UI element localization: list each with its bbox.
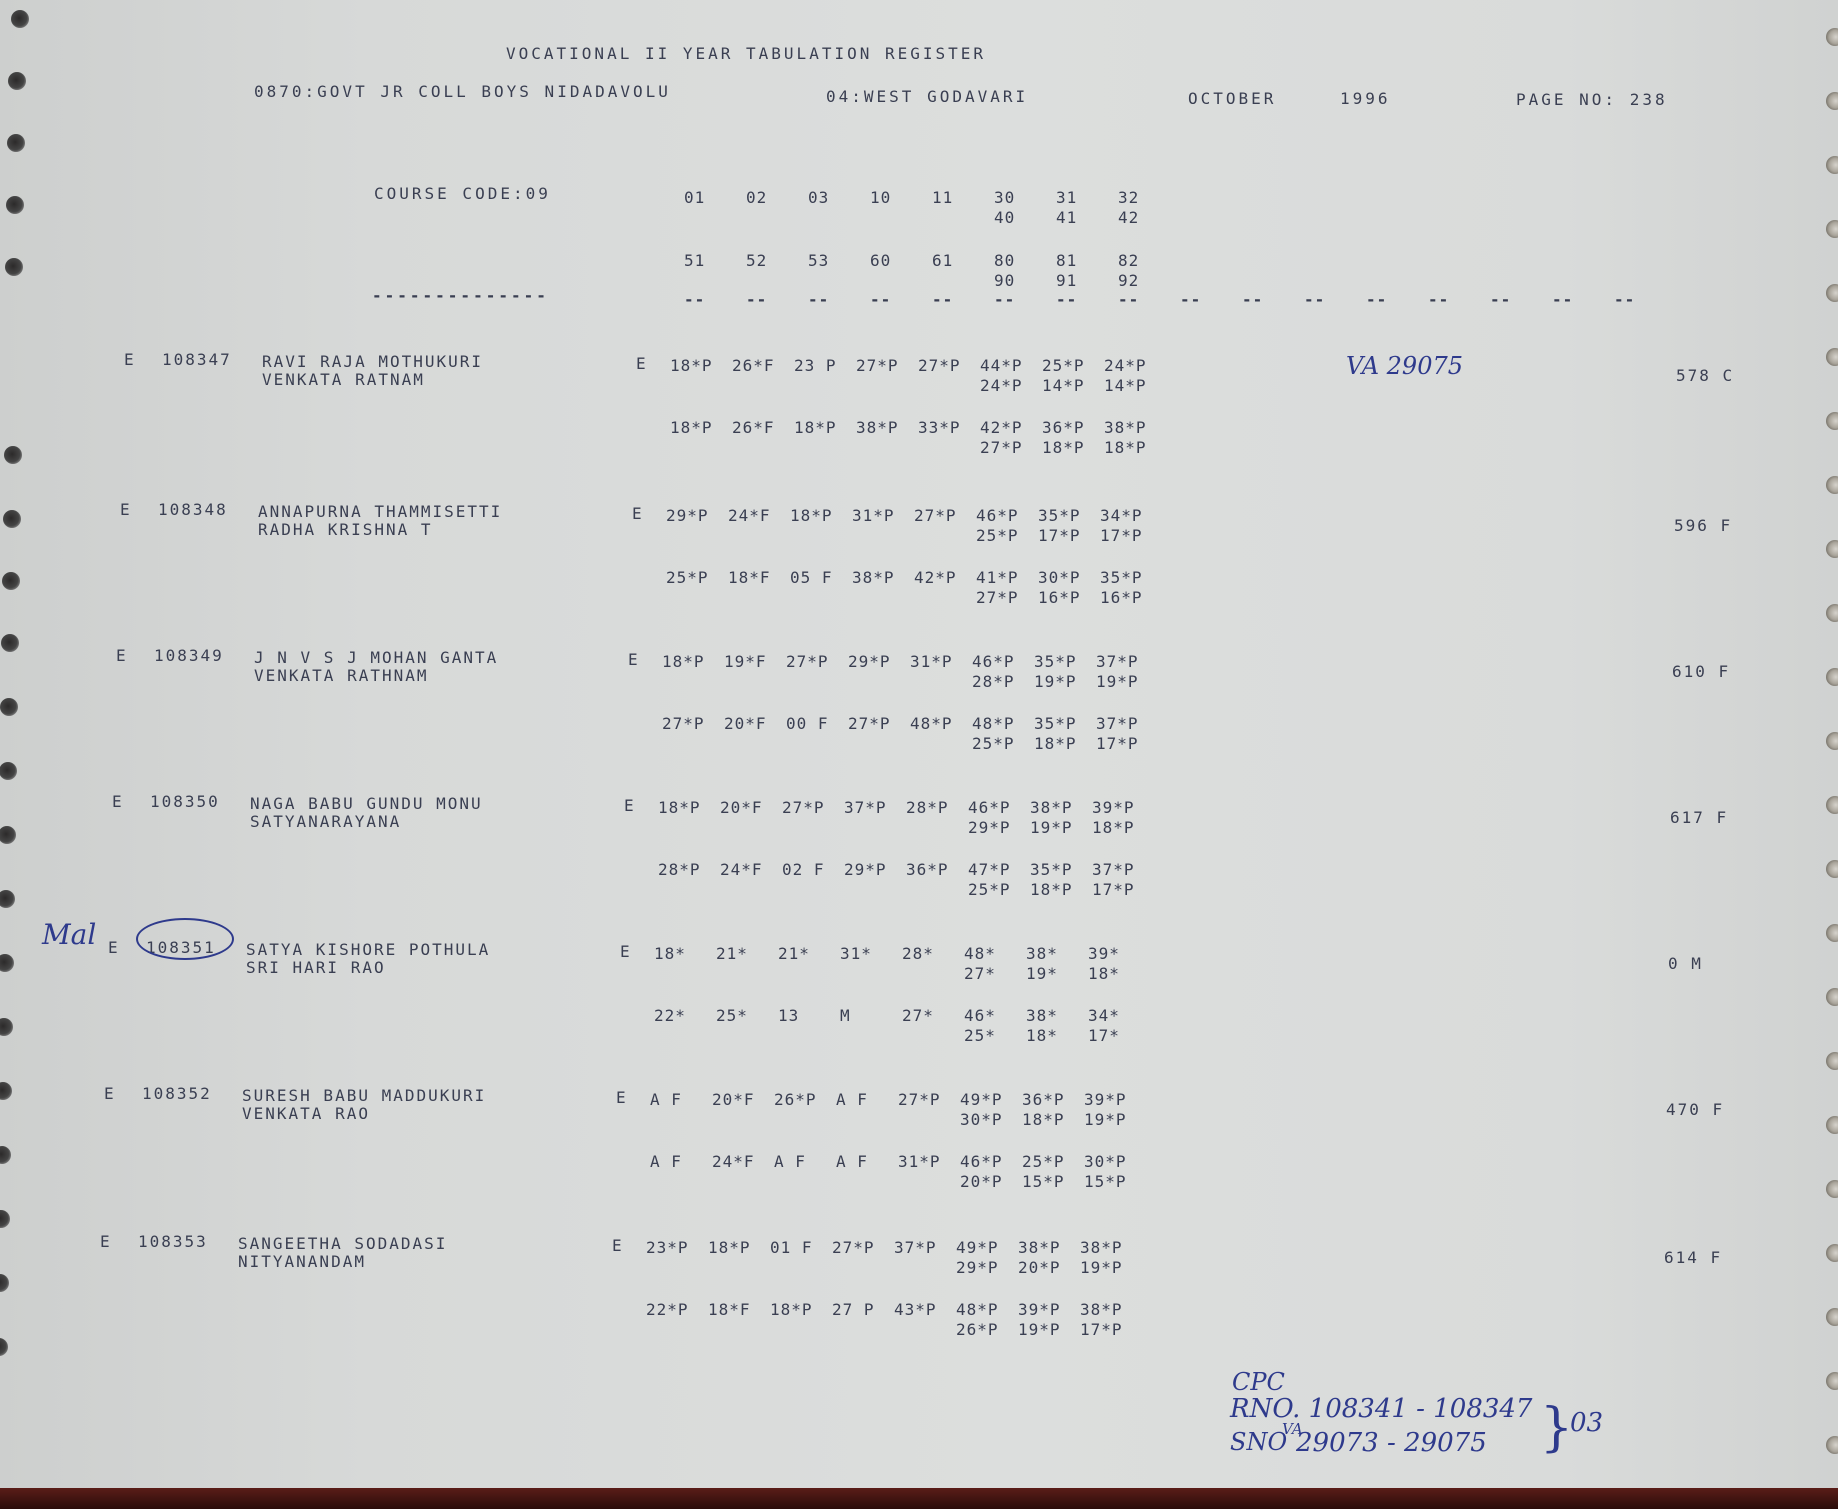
subject-code: 82	[1118, 251, 1180, 271]
mark-cell: 24*F	[712, 1152, 774, 1172]
mark-cell: 29*P	[844, 860, 906, 880]
mark-cell: 48*P	[972, 714, 1034, 734]
course-separator: --------------	[372, 286, 549, 305]
mark-cell: 25*P	[666, 568, 728, 588]
footer-note-line1: CPC	[1232, 1368, 1285, 1396]
sprocket-hole-icon	[1826, 1308, 1838, 1326]
mark-cell: A F	[836, 1152, 898, 1172]
student-name: NAGA BABU GUNDU MONU	[250, 794, 483, 814]
mark-cell: 43*P	[894, 1300, 956, 1320]
mark-cell: 21*	[778, 944, 840, 964]
table-surface	[0, 1488, 1838, 1509]
mark-cell: 19*P	[1096, 672, 1158, 692]
mark-cell: 00 F	[786, 714, 848, 734]
marks-row: 24*P14*P14*P	[980, 376, 1166, 396]
mark-cell: 24*F	[728, 506, 790, 526]
course-code: COURSE CODE:09	[374, 184, 551, 204]
father-name: SRI HARI RAO	[246, 958, 386, 978]
marks-row: 18*P26*F23 P27*P27*P44*P25*P24*P	[670, 356, 1166, 376]
father-name: RADHA KRISHNA T	[258, 520, 433, 540]
mark-cell: 46*P	[972, 652, 1034, 672]
mark-cell: 30*P	[960, 1110, 1022, 1130]
subject-code: 51	[684, 251, 746, 271]
handwritten-serial-note: VA 29075	[1346, 352, 1463, 380]
marks-row: 29*P19*P18*P	[968, 818, 1154, 838]
exam-type: E	[108, 938, 120, 958]
mark-cell: 14*P	[1104, 376, 1166, 396]
mark-cell: 24*P	[1104, 356, 1166, 376]
subject-code: 30	[994, 188, 1056, 208]
exam-year: 1996	[1340, 89, 1391, 109]
mark-cell: 25*	[964, 1026, 1026, 1046]
mark-cell: 39*P	[1018, 1300, 1080, 1320]
mark-cell: 20*F	[712, 1090, 774, 1110]
subject-codes-row-1: 01 02 03 10 11 30 31 32	[684, 188, 1180, 208]
mark-cell: 48*P	[956, 1300, 1018, 1320]
total-and-result: 596 F	[1674, 516, 1732, 536]
marks-row: A F20*F26*PA F27*P49*P36*P39*P	[650, 1090, 1146, 1110]
mark-cell: 41*P	[976, 568, 1038, 588]
sprocket-hole-icon	[7, 134, 25, 152]
footer-note-line3-prefix: SNO	[1230, 1428, 1287, 1456]
mark-cell: 34*P	[1100, 506, 1162, 526]
subject-code: 80	[994, 251, 1056, 271]
mark-cell: 38*P	[1080, 1300, 1142, 1320]
mark-cell: 42*P	[914, 568, 976, 588]
mark-cell: 18*P	[1104, 438, 1166, 458]
mark-cell: 31*	[840, 944, 902, 964]
mark-cell: 38*P	[1104, 418, 1166, 438]
subject-code: 01	[684, 188, 746, 208]
tabulation-register-sheet: VOCATIONAL II YEAR TABULATION REGISTER 0…	[0, 0, 1838, 1490]
sprocket-hole-icon	[1826, 860, 1838, 878]
roll-number: 108347	[162, 350, 232, 370]
sprocket-hole-icon	[1826, 1372, 1838, 1390]
mark-cell: 25*P	[976, 526, 1038, 546]
marks-row: 22*P18*F18*P27 P43*P48*P39*P38*P	[646, 1300, 1142, 1320]
mark-cell: 25*P	[972, 734, 1034, 754]
marks-row: 20*P15*P15*P	[960, 1172, 1146, 1192]
mark-cell: 05 F	[790, 568, 852, 588]
mark-cell: 17*P	[1080, 1320, 1142, 1340]
sprocket-hole-icon	[0, 1210, 10, 1228]
subject-code: 11	[932, 188, 994, 208]
mark-cell: 18*F	[728, 568, 790, 588]
brace-icon: }	[1540, 1398, 1573, 1458]
mark-cell: 36*P	[1042, 418, 1104, 438]
mark-cell: 17*P	[1092, 880, 1154, 900]
subject-code: 40	[994, 208, 1056, 228]
mark-cell: 18*	[1088, 964, 1150, 984]
mark-cell: 39*P	[1092, 798, 1154, 818]
mark-cell: 26*F	[732, 356, 794, 376]
mark-cell: 22*P	[646, 1300, 708, 1320]
subject-code: 61	[932, 251, 994, 271]
sprocket-hole-icon	[0, 1338, 8, 1356]
father-name: VENKATA RATNAM	[262, 370, 425, 390]
mark-cell: 46*P	[968, 798, 1030, 818]
sprocket-hole-icon	[11, 10, 29, 28]
district-name: 04:WEST GODAVARI	[826, 87, 1028, 107]
mark-cell: 35*P	[1100, 568, 1162, 588]
sprocket-hole-icon	[0, 1018, 13, 1036]
sprocket-hole-icon	[1826, 1244, 1838, 1262]
marks-row: 27*19*18*	[964, 964, 1150, 984]
roll-number-circle-mark	[136, 918, 234, 960]
mark-cell: 15*P	[1022, 1172, 1084, 1192]
mark-cell: 37*P	[1092, 860, 1154, 880]
mark-cell: 37*P	[1096, 714, 1158, 734]
footer-note-brace-value: 03	[1570, 1408, 1603, 1438]
subject-code: 81	[1056, 251, 1118, 271]
marks-row: 18*P20*F27*P37*P28*P46*P38*P39*P	[658, 798, 1154, 818]
column-dash: --	[746, 290, 808, 310]
mark-cell: 25*P	[1022, 1152, 1084, 1172]
mark-cell: 18*P	[670, 418, 732, 438]
column-dash: --	[1304, 290, 1366, 310]
mark-cell: 18*P	[708, 1238, 770, 1258]
mark-cell: 46*	[964, 1006, 1026, 1026]
roll-number: 108348	[158, 500, 228, 520]
mark-cell: 30*P	[1038, 568, 1100, 588]
student-name: RAVI RAJA MOTHUKURI	[262, 352, 483, 372]
total-and-result: 470 F	[1666, 1100, 1724, 1120]
mark-cell: 27*P	[848, 714, 910, 734]
father-name: SATYANARAYANA	[250, 812, 401, 832]
mark-cell: 18*P	[1034, 734, 1096, 754]
mark-cell: 35*P	[1034, 714, 1096, 734]
marks-row: A F24*FA FA F31*P46*P25*P30*P	[650, 1152, 1146, 1172]
marks-row: 29*P24*F18*P31*P27*P46*P35*P34*P	[666, 506, 1162, 526]
mark-cell: 37*P	[894, 1238, 956, 1258]
roll-number: 108349	[154, 646, 224, 666]
mark-cell: 28*	[902, 944, 964, 964]
sprocket-hole-icon	[1826, 284, 1838, 302]
mark-cell: 36*P	[906, 860, 968, 880]
mark-cell: 17*P	[1100, 526, 1162, 546]
mark-cell: 27*P	[898, 1090, 960, 1110]
roll-number: 108353	[138, 1232, 208, 1252]
sprocket-hole-icon	[1826, 1116, 1838, 1134]
mark-cell: 18*P	[658, 798, 720, 818]
marks-row: 26*P19*P17*P	[956, 1320, 1142, 1340]
mark-cell: 30*P	[1084, 1152, 1146, 1172]
sprocket-hole-icon	[1826, 1052, 1838, 1070]
mark-cell: 18*P	[1042, 438, 1104, 458]
column-dash: --	[932, 290, 994, 310]
marks-row: 18*P26*F18*P38*P33*P42*P36*P38*P	[670, 418, 1166, 438]
mark-cell: 18*P	[770, 1300, 832, 1320]
mark-cell: 27*P	[832, 1238, 894, 1258]
mark-cell: 01 F	[770, 1238, 832, 1258]
column-dash: --	[994, 290, 1056, 310]
subject-code: 31	[1056, 188, 1118, 208]
mark-cell: 20*F	[724, 714, 786, 734]
father-name: VENKATA RAO	[242, 1104, 370, 1124]
sprocket-hole-icon	[3, 510, 21, 528]
mark-cell: 25*P	[1042, 356, 1104, 376]
mark-cell: 18*	[1026, 1026, 1088, 1046]
mark-cell: 46*P	[976, 506, 1038, 526]
column-dash: --	[1366, 290, 1428, 310]
student-name: SURESH BABU MADDUKURI	[242, 1086, 486, 1106]
mark-cell: 18*P	[1022, 1110, 1084, 1130]
mark-cell: 26*P	[956, 1320, 1018, 1340]
mark-cell: 33*P	[918, 418, 980, 438]
mark-cell: 27*	[902, 1006, 964, 1026]
mark-cell: 48*P	[910, 714, 972, 734]
mark-cell: 37*P	[1096, 652, 1158, 672]
mark-cell: 19*P	[1034, 672, 1096, 692]
marks-row: 27*P18*P18*P	[980, 438, 1166, 458]
mark-cell: 48*	[964, 944, 1026, 964]
mark-cell: 18*F	[708, 1300, 770, 1320]
sprocket-hole-icon	[0, 826, 16, 844]
subject-codes-row-1b: 40 41 42	[994, 208, 1180, 228]
sprocket-hole-icon	[0, 1082, 12, 1100]
student-name: ANNAPURNA THAMMISETTI	[258, 502, 502, 522]
subject-codes-row-2: 51 52 53 60 61 80 81 82	[684, 251, 1180, 271]
mark-cell: 49*P	[956, 1238, 1018, 1258]
mark-cell: 16*P	[1038, 588, 1100, 608]
mark-cell: 17*	[1088, 1026, 1150, 1046]
mark-cell: 21*	[716, 944, 778, 964]
sprocket-hole-icon	[1, 634, 19, 652]
mark-cell: A F	[836, 1090, 898, 1110]
marks-row: 18*P19*F27*P29*P31*P46*P35*P37*P	[662, 652, 1158, 672]
mark-cell: 39*	[1088, 944, 1150, 964]
mark-cell: 42*P	[980, 418, 1042, 438]
marks-row: 25*P18*F05 F38*P42*P41*P30*P35*P	[666, 568, 1162, 588]
college-name: 0870:GOVT JR COLL BOYS NIDADAVOLU	[254, 82, 671, 102]
column-dash: --	[870, 290, 932, 310]
mark-cell: 25*	[716, 1006, 778, 1026]
mark-cell: 31*P	[898, 1152, 960, 1172]
sprocket-hole-icon	[1826, 156, 1838, 174]
mark-cell: 13	[778, 1006, 840, 1026]
sprocket-hole-icon	[0, 1146, 11, 1164]
sprocket-hole-icon	[0, 890, 15, 908]
mark-cell: 20*P	[1018, 1258, 1080, 1278]
sprocket-hole-icon	[5, 258, 23, 276]
marks-row: 27*P20*F00 F27*P48*P48*P35*P37*P	[662, 714, 1158, 734]
exam-month: OCTOBER	[1188, 89, 1276, 109]
subject-code: 02	[746, 188, 808, 208]
marks-row: 27*P16*P16*P	[976, 588, 1162, 608]
mark-cell: 02 F	[782, 860, 844, 880]
exam-type: E	[120, 500, 132, 520]
mark-cell: 14*P	[1042, 376, 1104, 396]
sprocket-hole-icon	[0, 698, 18, 716]
mark-cell: 29*P	[666, 506, 728, 526]
mark-cell: 19*	[1026, 964, 1088, 984]
mark-cell: 18*P	[1092, 818, 1154, 838]
mark-cell: 49*P	[960, 1090, 1022, 1110]
mark-cell: 27*P	[976, 588, 1038, 608]
student-name: J N V S J MOHAN GANTA	[254, 648, 498, 668]
mark-cell: 25*P	[968, 880, 1030, 900]
mark-cell: 38*P	[856, 418, 918, 438]
mark-cell: 28*P	[658, 860, 720, 880]
sprocket-hole-icon	[1826, 412, 1838, 430]
mark-cell: 24*P	[980, 376, 1042, 396]
mark-cell: A F	[650, 1090, 712, 1110]
subject-code: 03	[808, 188, 870, 208]
mark-cell: 16*P	[1100, 588, 1162, 608]
mark-cell: 19*P	[1084, 1110, 1146, 1130]
subject-code: 90	[994, 271, 1056, 291]
mark-cell: 29*P	[956, 1258, 1018, 1278]
mark-cell: 18*P	[670, 356, 732, 376]
sprocket-hole-icon	[1826, 1180, 1838, 1198]
sprocket-hole-icon	[4, 446, 22, 464]
mark-cell: 23 P	[794, 356, 856, 376]
column-dash: --	[1056, 290, 1118, 310]
total-and-result: 610 F	[1672, 662, 1730, 682]
marks-row: 18*21*21*31*28*48*38*39*	[654, 944, 1150, 964]
mark-cell: A F	[774, 1152, 836, 1172]
column-dash: --	[1490, 290, 1552, 310]
column-dash: --	[1180, 290, 1242, 310]
column-dash: --	[1242, 290, 1304, 310]
total-and-result: 0 M	[1668, 954, 1703, 974]
mark-cell: 38*P	[1030, 798, 1092, 818]
subject-codes-row-2b: 90 91 92	[994, 271, 1180, 291]
mark-cell: 20*P	[960, 1172, 1022, 1192]
mark-cell: 15*P	[1084, 1172, 1146, 1192]
mark-cell: 22*	[654, 1006, 716, 1026]
marks-row: 25*18*17*	[964, 1026, 1150, 1046]
column-dash: --	[808, 290, 870, 310]
marks-row: 28*P24*F02 F29*P36*P47*P35*P37*P	[658, 860, 1154, 880]
mark-cell: 31*P	[852, 506, 914, 526]
mark-cell: 38*P	[1018, 1238, 1080, 1258]
sprocket-hole-icon	[1826, 92, 1838, 110]
father-name: VENKATA RATHNAM	[254, 666, 429, 686]
marks-row: 29*P20*P19*P	[956, 1258, 1142, 1278]
mark-cell: 18*P	[1030, 880, 1092, 900]
column-dash: --	[1428, 290, 1490, 310]
mark-cell: 27*	[964, 964, 1026, 984]
mark-cell: 44*P	[980, 356, 1042, 376]
marks-row: 25*P17*P17*P	[976, 526, 1162, 546]
exam-type: E	[116, 646, 128, 666]
subject-code: 53	[808, 251, 870, 271]
marks-row: 25*P18*P17*P	[968, 880, 1154, 900]
sprocket-hole-icon	[0, 762, 17, 780]
footer-note-line2: RNO. 108341 - 108347	[1230, 1394, 1532, 1424]
sprocket-hole-icon	[0, 1274, 9, 1292]
sprocket-hole-icon	[2, 572, 20, 590]
mark-cell: 27*P	[782, 798, 844, 818]
mark-cell: 46*P	[960, 1152, 1022, 1172]
sprocket-hole-icon	[1826, 28, 1838, 46]
mark-cell: 39*P	[1084, 1090, 1146, 1110]
sprocket-hole-icon	[1826, 732, 1838, 750]
subject-code: 52	[746, 251, 808, 271]
mark-cell: 18*P	[662, 652, 724, 672]
sprocket-hole-icon	[0, 954, 14, 972]
subject-code: 10	[870, 188, 932, 208]
mark-cell: 26*P	[774, 1090, 836, 1110]
mark-cell: 27*P	[786, 652, 848, 672]
medium-code: E	[632, 504, 644, 524]
sprocket-hole-icon	[8, 72, 26, 90]
mark-cell: 37*P	[844, 798, 906, 818]
mark-cell: 27*P	[918, 356, 980, 376]
mark-cell: 18*P	[790, 506, 852, 526]
mark-cell: 29*P	[968, 818, 1030, 838]
mark-cell: 27*P	[914, 506, 976, 526]
roll-number: 108352	[142, 1084, 212, 1104]
mark-cell: M	[840, 1006, 902, 1026]
subject-code: 32	[1118, 188, 1180, 208]
mark-cell: 23*P	[646, 1238, 708, 1258]
sprocket-hole-icon	[1826, 924, 1838, 942]
mark-cell: 27*P	[662, 714, 724, 734]
mark-cell: 31*P	[910, 652, 972, 672]
sprocket-hole-icon	[1826, 1436, 1838, 1454]
column-dash: --	[1552, 290, 1614, 310]
medium-code: E	[628, 650, 640, 670]
column-dash-row: -- -- -- -- -- -- -- -- -- -- -- -- -- -…	[684, 290, 1676, 310]
mark-cell: 34*	[1088, 1006, 1150, 1026]
mark-cell: 38*	[1026, 944, 1088, 964]
sprocket-hole-icon	[1826, 220, 1838, 238]
marks-row: 30*P18*P19*P	[960, 1110, 1146, 1130]
sprocket-hole-icon	[1826, 604, 1838, 622]
page-number: PAGE NO: 238	[1516, 90, 1668, 110]
marks-row: 28*P19*P19*P	[972, 672, 1158, 692]
sprocket-hole-icon	[1826, 476, 1838, 494]
column-dash: --	[1614, 290, 1676, 310]
column-dash: --	[1118, 290, 1180, 310]
exam-type: E	[112, 792, 124, 812]
mark-cell: 38*P	[852, 568, 914, 588]
mark-cell: 27*P	[980, 438, 1042, 458]
mark-cell: 28*P	[972, 672, 1034, 692]
subject-code: 42	[1118, 208, 1180, 228]
mark-cell: 17*P	[1096, 734, 1158, 754]
marks-row: 23*P18*P01 F27*P37*P49*P38*P38*P	[646, 1238, 1142, 1258]
register-title: VOCATIONAL II YEAR TABULATION REGISTER	[506, 44, 986, 64]
total-and-result: 617 F	[1670, 808, 1728, 828]
medium-code: E	[612, 1236, 624, 1256]
mark-cell: 47*P	[968, 860, 1030, 880]
mark-cell: 24*F	[720, 860, 782, 880]
mark-cell: 26*F	[732, 418, 794, 438]
exam-type: E	[124, 350, 136, 370]
student-name: SATYA KISHORE POTHULA	[246, 940, 490, 960]
total-and-result: 578 C	[1676, 366, 1734, 386]
mark-cell: 27*P	[856, 356, 918, 376]
sprocket-hole-icon	[1826, 540, 1838, 558]
total-and-result: 614 F	[1664, 1248, 1722, 1268]
sprocket-hole-icon	[1826, 668, 1838, 686]
subject-code: 41	[1056, 208, 1118, 228]
mark-cell: 35*P	[1034, 652, 1096, 672]
mark-cell: 27 P	[832, 1300, 894, 1320]
marks-row: 22*25*13M27*46*38*34*	[654, 1006, 1150, 1026]
mark-cell: 29*P	[848, 652, 910, 672]
sprocket-hole-icon	[6, 196, 24, 214]
medium-code: E	[624, 796, 636, 816]
student-name: SANGEETHA SODADASI	[238, 1234, 447, 1254]
mark-cell: 35*P	[1038, 506, 1100, 526]
medium-code: E	[616, 1088, 628, 1108]
medium-code: E	[620, 942, 632, 962]
mark-cell: 36*P	[1022, 1090, 1084, 1110]
